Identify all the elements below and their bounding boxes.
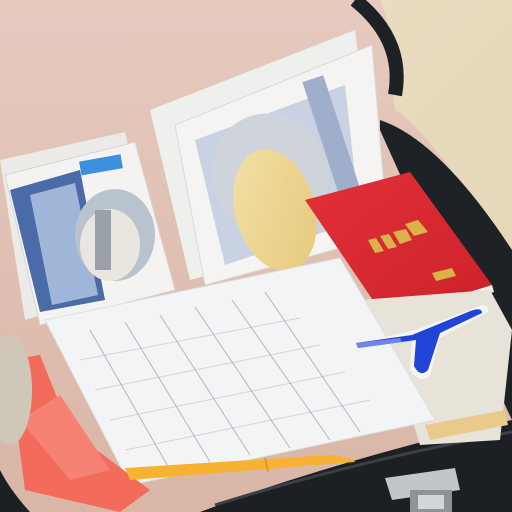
photo-scene [0, 0, 512, 512]
travel-suitcase-photo [0, 0, 512, 512]
